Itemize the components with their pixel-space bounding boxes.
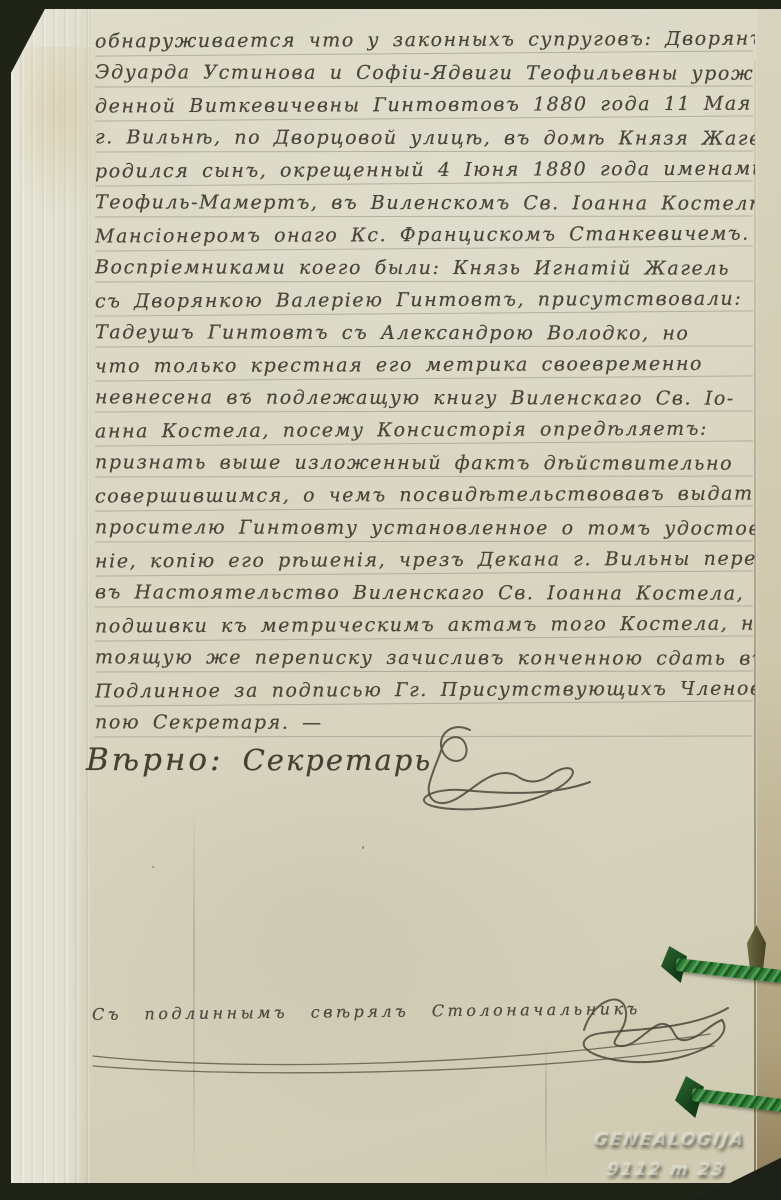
manuscript-line: Теофиль-Мамертъ, въ Виленскомъ Св. Іоанн… [95,186,755,220]
manuscript-line: въ Настоятельство Виленскаго Св. Іоанна … [95,576,755,610]
secretary-signature [400,720,595,828]
clerk-signature [560,982,740,1077]
manuscript-line: Воспріемниками коего были: Князь Игнатій… [95,251,755,285]
page-fold-line [754,60,756,1183]
manuscript-line: анна Костела, посему Консисторія опредѣл… [95,413,755,448]
manuscript-line: невнесена въ подлежащую книгу Виленскаго… [95,381,755,415]
under-page-edge [757,9,781,1183]
certification-line: Вѣрно: Секретарь [86,742,432,778]
manuscript-line: съ Дворянкою Валеріею Гинтовтъ, присутст… [95,283,755,318]
manuscript-line: родился сынъ, окрещенный 4 Іюня 1880 год… [95,153,755,188]
manuscript-line: что только крестная его метрика своеврем… [95,348,755,383]
scanned-document-page: { "scan": { "background_color": "#1f2318… [0,0,781,1200]
manuscript-line: Подлинное за подписью Гг. Присутствующих… [95,673,755,708]
manuscript-line: ніе, копію его рѣшенія, чрезъ Декана г. … [95,543,755,578]
ink-speck [152,866,154,868]
manuscript-line: Тадеушъ Гинтовтъ съ Александрою Володко,… [95,316,755,350]
manuscript-line: признать выше изложенный фактъ дѣйствите… [95,446,755,480]
manuscript-line: г. Вильнѣ, по Дворцовой улицѣ, въ домѣ К… [95,121,755,155]
watermark-line2: 9112 m 23 [606,1160,727,1180]
paper-crease [193,800,195,1183]
manuscript-line: денной Виткевичевны Гинтовтовъ 1880 года… [95,88,755,123]
watermark-line1: GENEALOGIJA [593,1130,747,1150]
ink-speck [362,846,364,849]
manuscript-line: просителю Гинтовту установленное о томъ … [95,511,755,545]
manuscript-line: Мансіонеромъ онаго Кс. Францискомъ Станк… [95,218,755,253]
manuscript-line: тоящую же переписку зачисливъ конченною … [95,641,755,675]
manuscript-line: подшивки къ метрическимъ актамъ того Кос… [95,608,755,643]
certification-label: Вѣрно: [86,742,224,778]
manuscript-text-block: обнаруживается что у законныхъ супруговъ… [95,24,755,742]
manuscript-line: Эдуарда Устинова и Софіи-Ядвиги Теофилье… [95,56,755,90]
manuscript-line: обнаруживается что у законныхъ супруговъ… [95,24,755,58]
manuscript-line: совершившимся, о чемъ посвидѣтельствовав… [95,478,755,513]
